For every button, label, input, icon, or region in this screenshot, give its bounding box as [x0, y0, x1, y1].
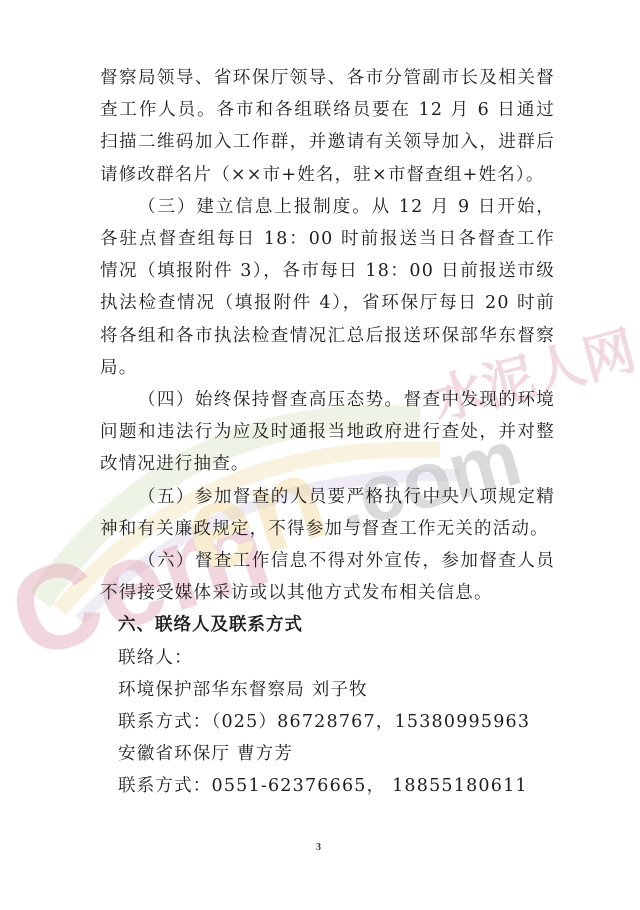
contact-org-2: 安徽省环保厅 曹方芳 [100, 738, 555, 770]
contact-phone-2: 联系方式：0551-62376665， 18855180611 [100, 770, 555, 802]
paragraph-no-publicity: （六）督查工作信息不得对外宣传，参加督查人员不得接受媒体采访或以其他方式发布相关… [100, 545, 555, 609]
contacts-label: 联络人： [100, 642, 555, 674]
section-heading-contacts: 六、联络人及联系方式 [100, 609, 555, 641]
contact-org-1: 环境保护部华东督察局 刘子牧 [100, 674, 555, 706]
contact-phone-1: 联系方式：（025）86728767，15380995963 [100, 706, 555, 738]
paragraph-integrity-rules: （五）参加督查的人员要严格执行中央八项规定精神和有关廉政规定，不得参加与督查工作… [100, 481, 555, 545]
paragraph-info-reporting: （三）建立信息上报制度。从 12 月 9 日开始，各驻点督查组每日 18：00 … [100, 191, 555, 384]
page-number: 3 [316, 842, 321, 853]
paragraph-continuation: 督察局领导、省环保厅领导、各市分管副市长及相关督查工作人员。各市和各组联络员要在… [100, 62, 555, 191]
document-body: 督察局领导、省环保厅领导、各市分管副市长及相关督查工作人员。各市和各组联络员要在… [100, 62, 555, 803]
document-page: Cem en 水泥人网 .com 督察局领导、省环保厅领导、各市分管副市长及相关… [0, 0, 640, 910]
paragraph-high-pressure: （四）始终保持督查高压态势。督查中发现的环境问题和违法行为应及时通报当地政府进行… [100, 384, 555, 481]
